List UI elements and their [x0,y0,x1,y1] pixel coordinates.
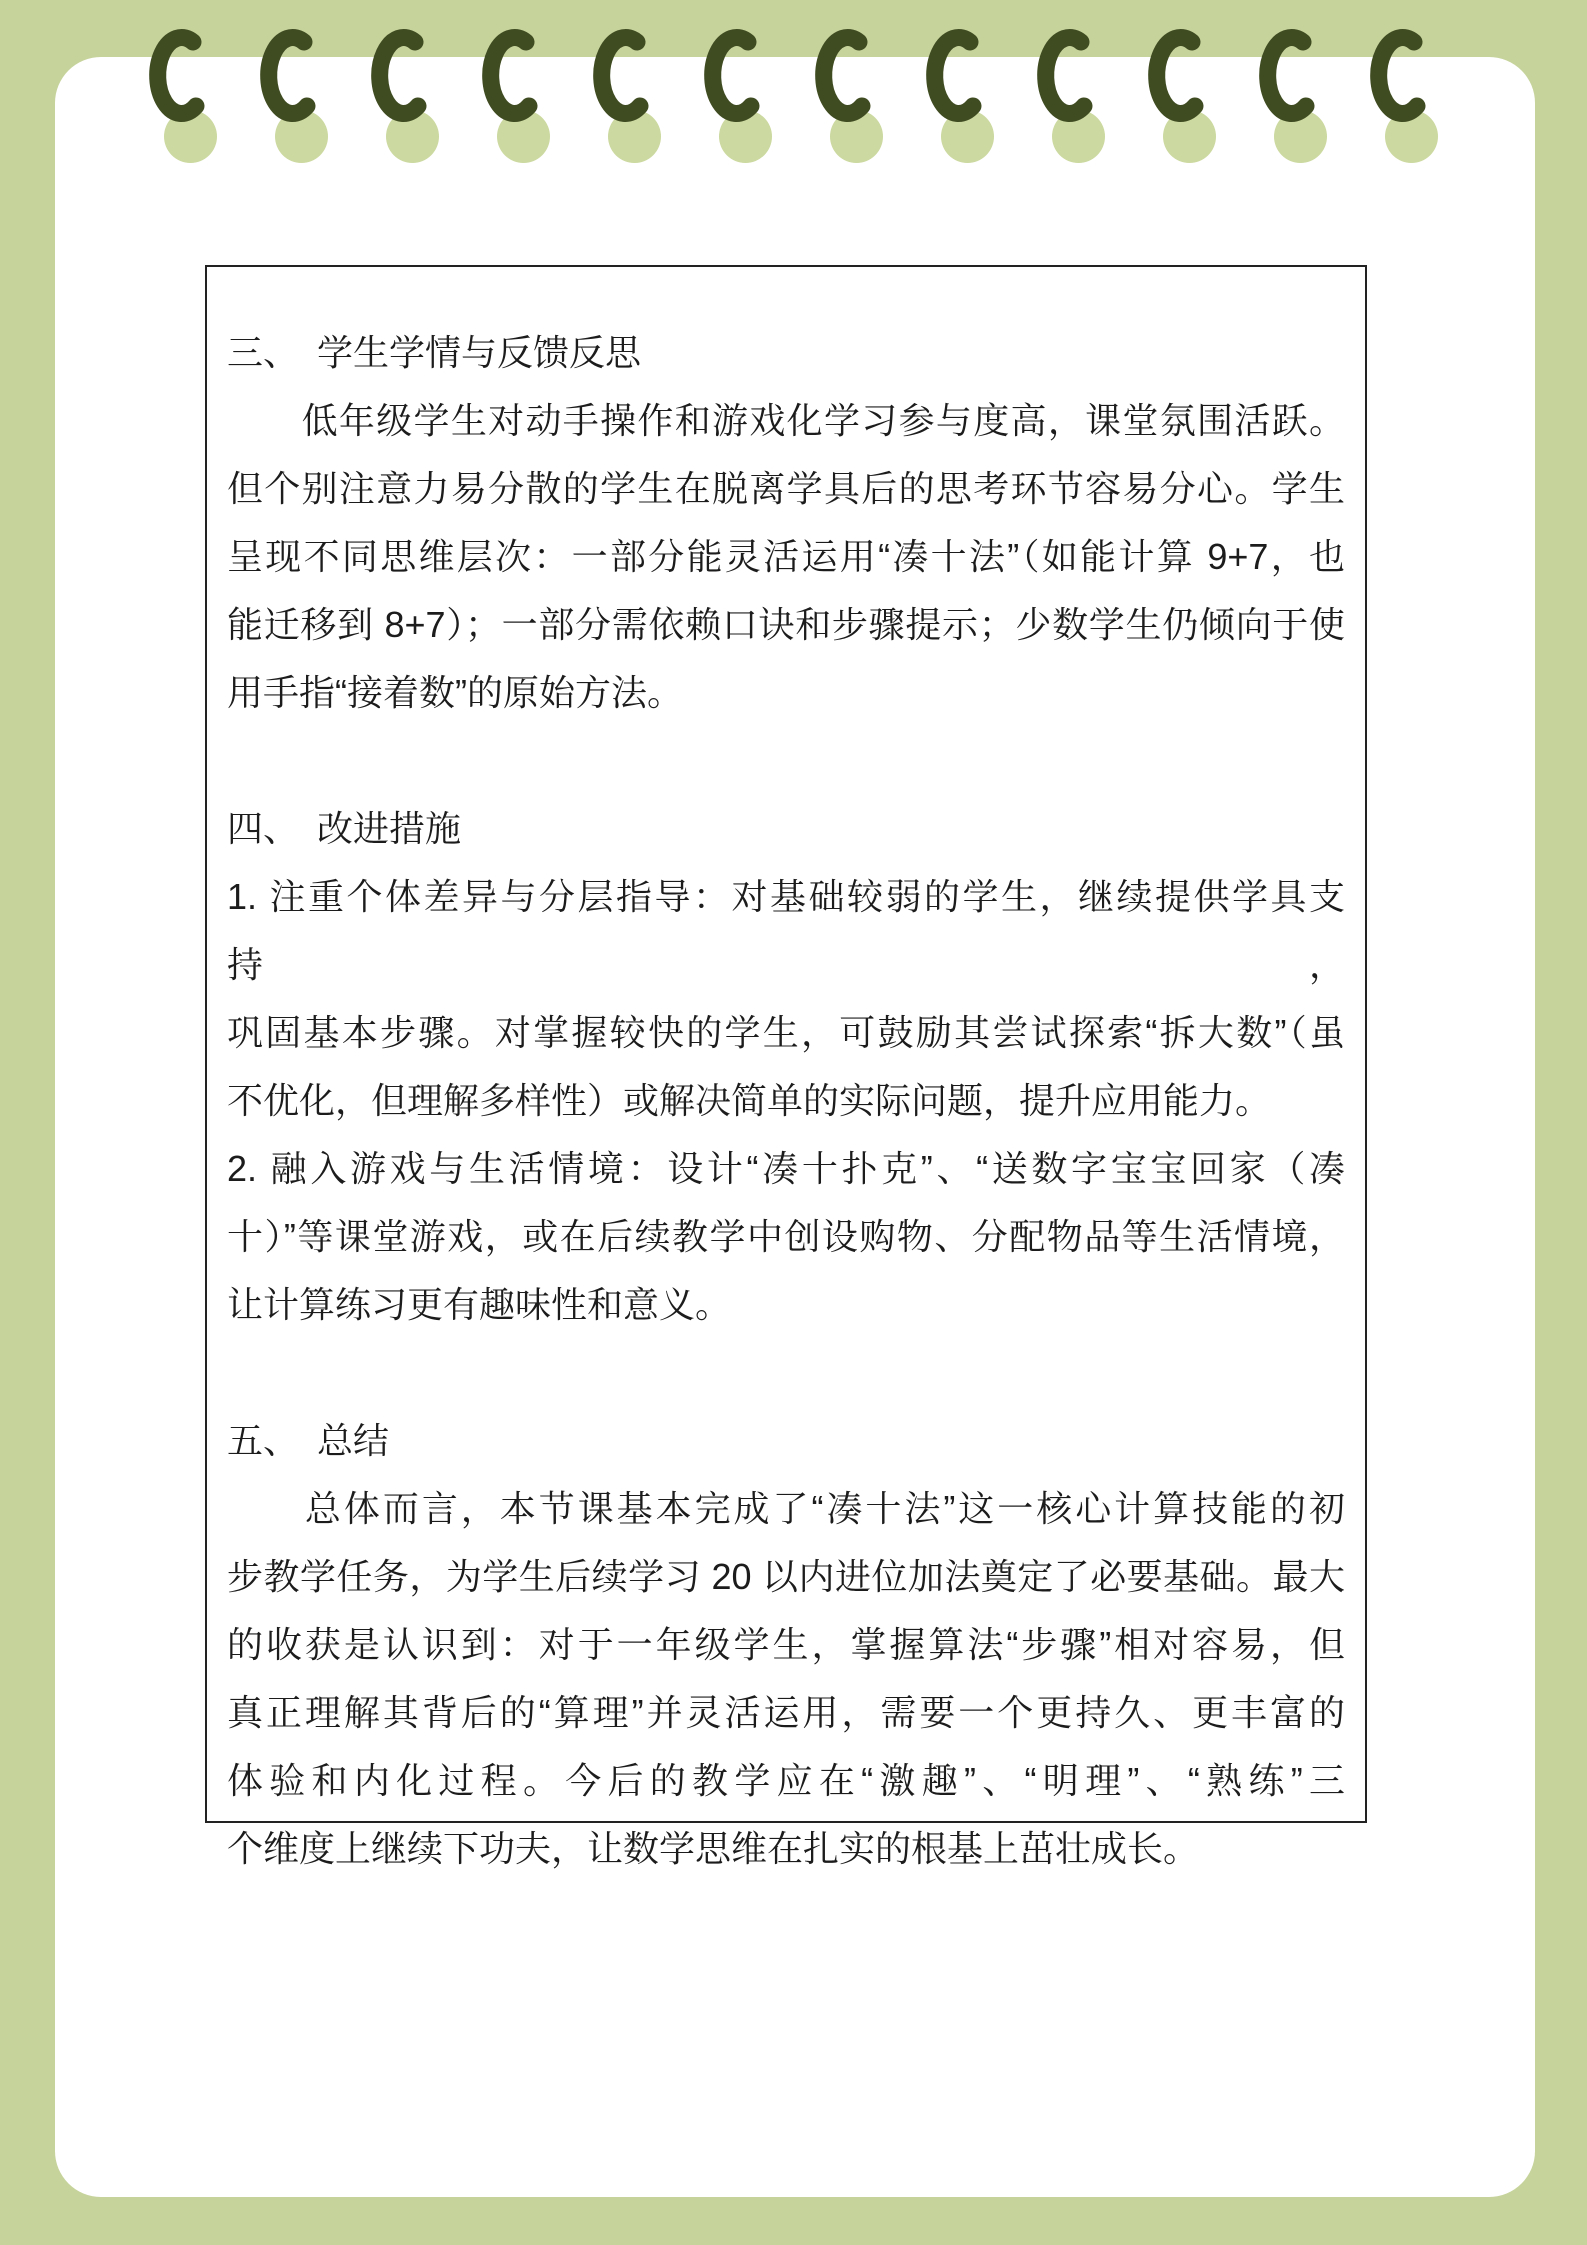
text-line: 真正理解其背后的“算理”并灵活运用，需要一个更持久、更丰富的 [227,1679,1345,1747]
text-line: 体验和内化过程。今后的教学应在“激趣”、“明理”、“熟练”三 [227,1747,1345,1815]
spiral-ring-icon [592,28,658,124]
text-line: 1. 注重个体差异与分层指导：对基础较弱的学生，继续提供学具支持， [227,863,1345,999]
section-heading: 五、 总结 [227,1407,1345,1475]
text-line: 低年级学生对动手操作和游戏化学习参与度高，课堂氛围活跃。 [227,387,1345,455]
spiral-ring [481,28,547,124]
text-line: 个维度上继续下功夫，让数学思维在扎实的根基上茁壮成长。 [227,1815,1345,1883]
text-line: 呈现不同思维层次：一部分能灵活运用“凑十法”（如能计算 9+7，也 [227,523,1345,591]
section-summary: 五、 总结 总体而言，本节课基本完成了“凑十法”这一核心计算技能的初 步教学任务… [227,1407,1345,1883]
spiral-ring-icon [148,28,214,124]
spiral-ring-icon [481,28,547,124]
spiral-ring-icon [370,28,436,124]
spiral-ring [1369,28,1435,124]
spiral-ring-icon [259,28,325,124]
spiral-ring-icon [1369,28,1435,124]
spiral-ring-icon [814,28,880,124]
text-line: 十）”等课堂游戏，或在后续教学中创设购物、分配物品等生活情境， [227,1203,1345,1271]
text-line: 步教学任务，为学生后续学习 20 以内进位加法奠定了必要基础。最大 [227,1543,1345,1611]
spiral-ring-icon [1147,28,1213,124]
text-line: 但个别注意力易分散的学生在脱离学具后的思考环节容易分心。学生 [227,455,1345,523]
spiral-ring [259,28,325,124]
content-box: 三、 学生学情与反馈反思 低年级学生对动手操作和游戏化学习参与度高，课堂氛围活跃… [205,265,1367,1823]
spiral-ring [1036,28,1102,124]
spiral-ring-icon [703,28,769,124]
spiral-ring-icon [925,28,991,124]
section-heading: 三、 学生学情与反馈反思 [227,319,1345,387]
spiral-ring [1147,28,1213,124]
notebook-background: 三、 学生学情与反馈反思 低年级学生对动手操作和游戏化学习参与度高，课堂氛围活跃… [0,0,1587,2245]
text-line: 不优化，但理解多样性）或解决简单的实际问题，提升应用能力。 [227,1067,1345,1135]
spiral-ring [925,28,991,124]
section-student-feedback: 三、 学生学情与反馈反思 低年级学生对动手操作和游戏化学习参与度高，课堂氛围活跃… [227,319,1345,727]
text-line: 用手指“接着数”的原始方法。 [227,659,1345,727]
spiral-ring [148,28,214,124]
section-heading: 四、 改进措施 [227,795,1345,863]
text-line: 巩固基本步骤。对掌握较快的学生，可鼓励其尝试探索“拆大数”（虽 [227,999,1345,1067]
text-line: 2. 融入游戏与生活情境：设计“凑十扑克”、“送数字宝宝回家（凑 [227,1135,1345,1203]
text-line: 让计算练习更有趣味性和意义。 [227,1271,1345,1339]
spiral-ring [1258,28,1324,124]
text-line: 总体而言，本节课基本完成了“凑十法”这一核心计算技能的初 [227,1475,1345,1543]
text-line: 能迁移到 8+7）；一部分需依赖口诀和步骤提示；少数学生仍倾向于使 [227,591,1345,659]
spiral-ring-icon [1036,28,1102,124]
spiral-ring [592,28,658,124]
section-improvements: 四、 改进措施 1. 注重个体差异与分层指导：对基础较弱的学生，继续提供学具支持… [227,795,1345,1339]
spiral-ring-icon [1258,28,1324,124]
spiral-ring [703,28,769,124]
spiral-ring [370,28,436,124]
text-line: 的收获是认识到：对于一年级学生，掌握算法“步骤”相对容易，但 [227,1611,1345,1679]
spiral-ring [814,28,880,124]
